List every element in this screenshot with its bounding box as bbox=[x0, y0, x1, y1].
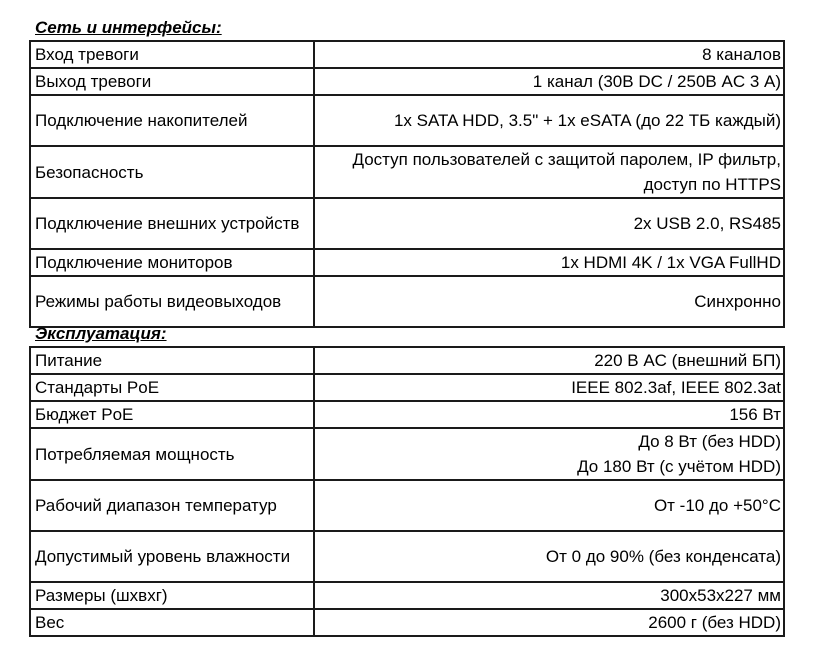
spec-label: Стандарты PoE bbox=[30, 374, 314, 401]
spec-label: Рабочий диапазон температур bbox=[30, 480, 314, 531]
spec-label: Подключение мониторов bbox=[30, 249, 314, 276]
spec-value: 156 Вт bbox=[314, 401, 784, 428]
spec-label: Подключение внешних устройств bbox=[30, 198, 314, 249]
spec-table-network: Вход тревоги 8 каналов Выход тревоги 1 к… bbox=[29, 40, 785, 328]
spec-value: От 0 до 90% (без конденсата) bbox=[314, 531, 784, 582]
spec-value: 300x53x227 мм bbox=[314, 582, 784, 609]
spec-label: Размеры (шхвхг) bbox=[30, 582, 314, 609]
spec-label: Бюджет PoE bbox=[30, 401, 314, 428]
table-row: Подключение накопителей 1x SATA HDD, 3.5… bbox=[30, 95, 784, 146]
table-row: Вход тревоги 8 каналов bbox=[30, 41, 784, 68]
section-title-network: Сеть и интерфейсы: bbox=[35, 18, 222, 38]
spec-value: Доступ пользователей с защитой паролем, … bbox=[314, 146, 784, 198]
spec-label: Безопасность bbox=[30, 146, 314, 198]
spec-value: Синхронно bbox=[314, 276, 784, 327]
table-row: Допустимый уровень влажности От 0 до 90%… bbox=[30, 531, 784, 582]
spec-value: 220 В AC (внешний БП) bbox=[314, 347, 784, 374]
spec-value: 1x HDMI 4K / 1x VGA FullHD bbox=[314, 249, 784, 276]
spec-label: Вес bbox=[30, 609, 314, 636]
spec-label: Выход тревоги bbox=[30, 68, 314, 95]
spec-value: До 8 Вт (без HDD) До 180 Вт (с учётом HD… bbox=[314, 428, 784, 480]
table-row: Подключение мониторов 1x HDMI 4K / 1x VG… bbox=[30, 249, 784, 276]
spec-value: 2600 г (без HDD) bbox=[314, 609, 784, 636]
spec-value-line: До 180 Вт (с учётом HDD) bbox=[319, 454, 781, 479]
table-row: Размеры (шхвхг) 300x53x227 мм bbox=[30, 582, 784, 609]
spec-value: 1 канал (30В DC / 250В AC 3 А) bbox=[314, 68, 784, 95]
table-row: Безопасность Доступ пользователей с защи… bbox=[30, 146, 784, 198]
spec-label: Вход тревоги bbox=[30, 41, 314, 68]
table-row: Выход тревоги 1 канал (30В DC / 250В AC … bbox=[30, 68, 784, 95]
spec-label: Режимы работы видеовыходов bbox=[30, 276, 314, 327]
table-row: Бюджет PoE 156 Вт bbox=[30, 401, 784, 428]
spec-value: IEEE 802.3af, IEEE 802.3at bbox=[314, 374, 784, 401]
spec-label: Подключение накопителей bbox=[30, 95, 314, 146]
spec-value: 1x SATA HDD, 3.5" + 1x eSATA (до 22 ТБ к… bbox=[314, 95, 784, 146]
spec-value: 2x USB 2.0, RS485 bbox=[314, 198, 784, 249]
table-row: Режимы работы видеовыходов Синхронно bbox=[30, 276, 784, 327]
table-row: Вес 2600 г (без HDD) bbox=[30, 609, 784, 636]
table-row: Питание 220 В AC (внешний БП) bbox=[30, 347, 784, 374]
spec-value: От -10 до +50°C bbox=[314, 480, 784, 531]
spec-value: 8 каналов bbox=[314, 41, 784, 68]
spec-value-line: До 8 Вт (без HDD) bbox=[319, 429, 781, 454]
table-row: Потребляемая мощность До 8 Вт (без HDD) … bbox=[30, 428, 784, 480]
spec-label: Потребляемая мощность bbox=[30, 428, 314, 480]
table-row: Стандарты PoE IEEE 802.3af, IEEE 802.3at bbox=[30, 374, 784, 401]
table-row: Рабочий диапазон температур От -10 до +5… bbox=[30, 480, 784, 531]
table-row: Подключение внешних устройств 2x USB 2.0… bbox=[30, 198, 784, 249]
spec-label: Питание bbox=[30, 347, 314, 374]
section-title-operation: Эксплуатация: bbox=[35, 324, 167, 344]
spec-label: Допустимый уровень влажности bbox=[30, 531, 314, 582]
spec-table-operation: Питание 220 В AC (внешний БП) Стандарты … bbox=[29, 346, 785, 637]
